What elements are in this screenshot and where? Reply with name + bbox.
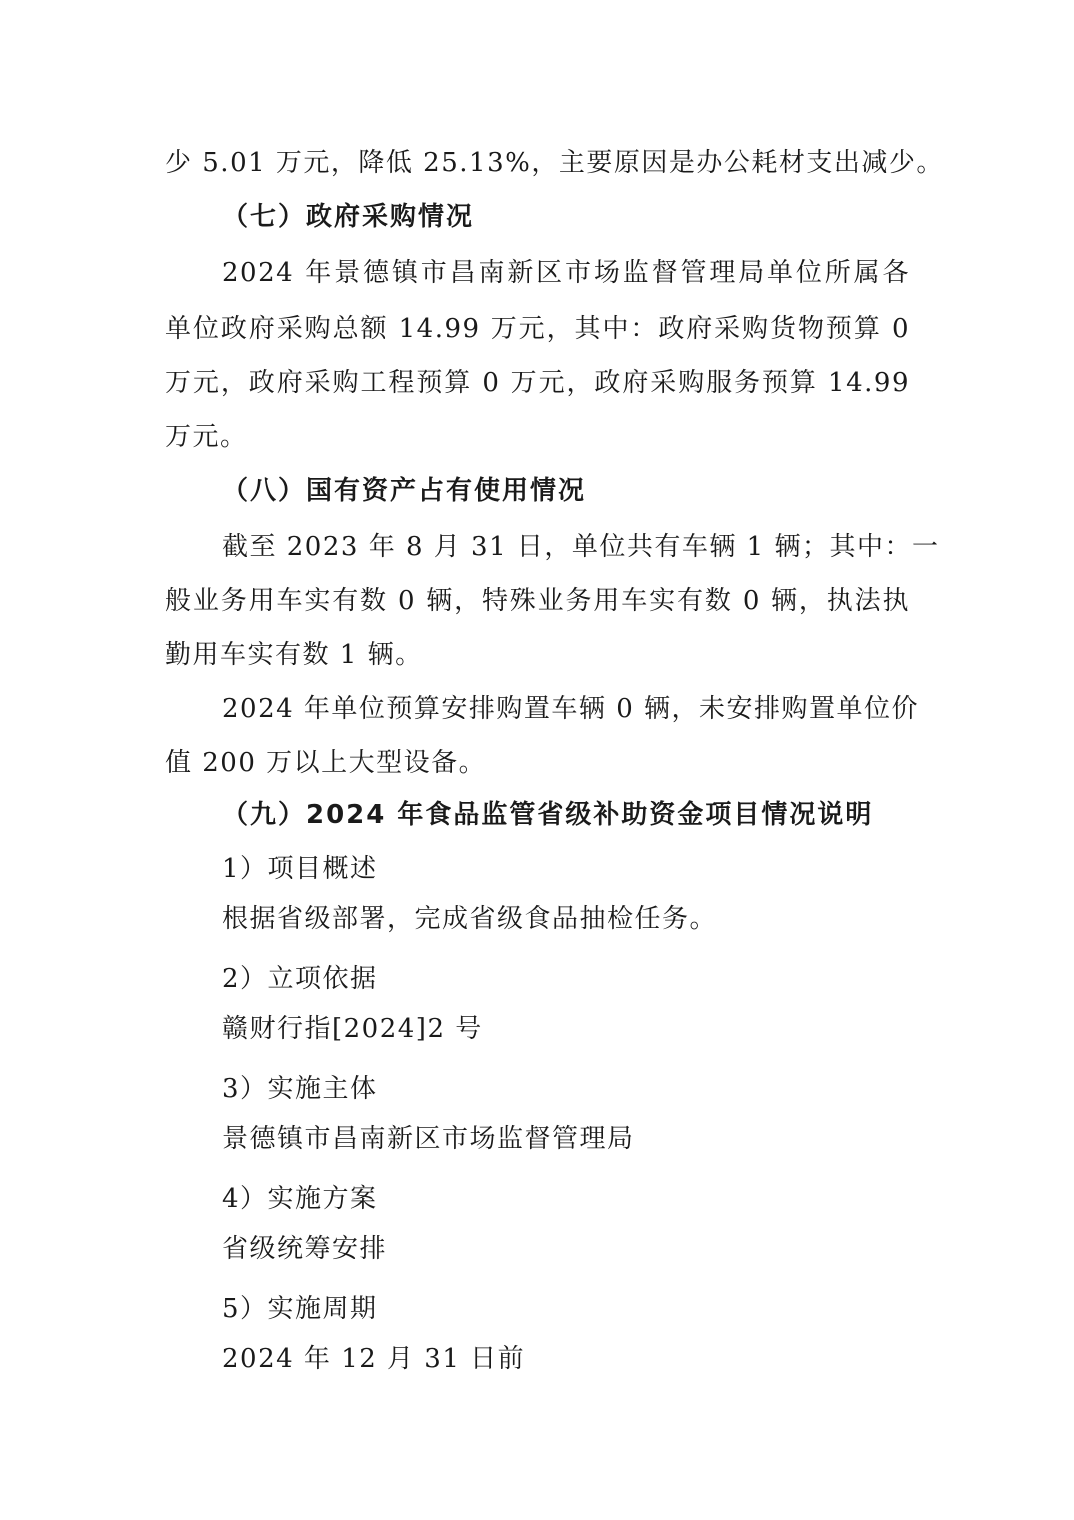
paragraph-line: 值 200 万以上大型设备。 (165, 746, 486, 780)
item-label-project-overview: 1）项目概述 (222, 852, 378, 886)
paragraph-line: 2024 年单位预算安排购置车辆 0 辆，未安排购置单位价 (222, 692, 910, 726)
item-label-project-basis: 2）立项依据 (222, 962, 378, 996)
item-content-implementing-body: 景德镇市昌南新区市场监督管理局 (222, 1122, 635, 1156)
item-label-implementing-body: 3）实施主体 (222, 1072, 378, 1106)
paragraph-line: 2024 年景德镇市昌南新区市场监督管理局单位所属各 (222, 256, 910, 290)
section-heading-state-assets: （八）国有资产占有使用情况 (222, 474, 586, 508)
document-page: 少 5.01 万元，降低 25.13%，主要原因是办公耗材支出减少。 （七）政府… (0, 0, 1074, 1520)
paragraph-line: 单位政府采购总额 14.99 万元，其中：政府采购货物预算 0 (165, 312, 910, 346)
item-content-project-overview: 根据省级部署，完成省级食品抽检任务。 (222, 902, 717, 936)
paragraph-line: 少 5.01 万元，降低 25.13%，主要原因是办公耗材支出减少。 (165, 146, 910, 180)
item-content-implementation-plan: 省级统筹安排 (222, 1232, 387, 1266)
paragraph-line: 万元。 (165, 420, 248, 454)
paragraph-line: 万元，政府采购工程预算 0 万元，政府采购服务预算 14.99 (165, 366, 910, 400)
paragraph-line: 般业务用车实有数 0 辆，特殊业务用车实有数 0 辆，执法执 (165, 584, 910, 618)
section-heading-government-procurement: （七）政府采购情况 (222, 200, 474, 234)
item-content-project-basis: 赣财行指[2024]2 号 (222, 1012, 483, 1046)
item-label-implementation-plan: 4）实施方案 (222, 1182, 378, 1216)
paragraph-line: 截至 2023 年 8 月 31 日，单位共有车辆 1 辆；其中：一 (222, 530, 910, 564)
paragraph-line: 勤用车实有数 1 辆。 (165, 638, 423, 672)
section-heading-food-supervision-project: （九）2024 年食品监管省级补助资金项目情况说明 (222, 798, 873, 832)
item-label-implementation-period: 5）实施周期 (222, 1292, 378, 1326)
item-content-implementation-period: 2024 年 12 月 31 日前 (222, 1342, 525, 1376)
